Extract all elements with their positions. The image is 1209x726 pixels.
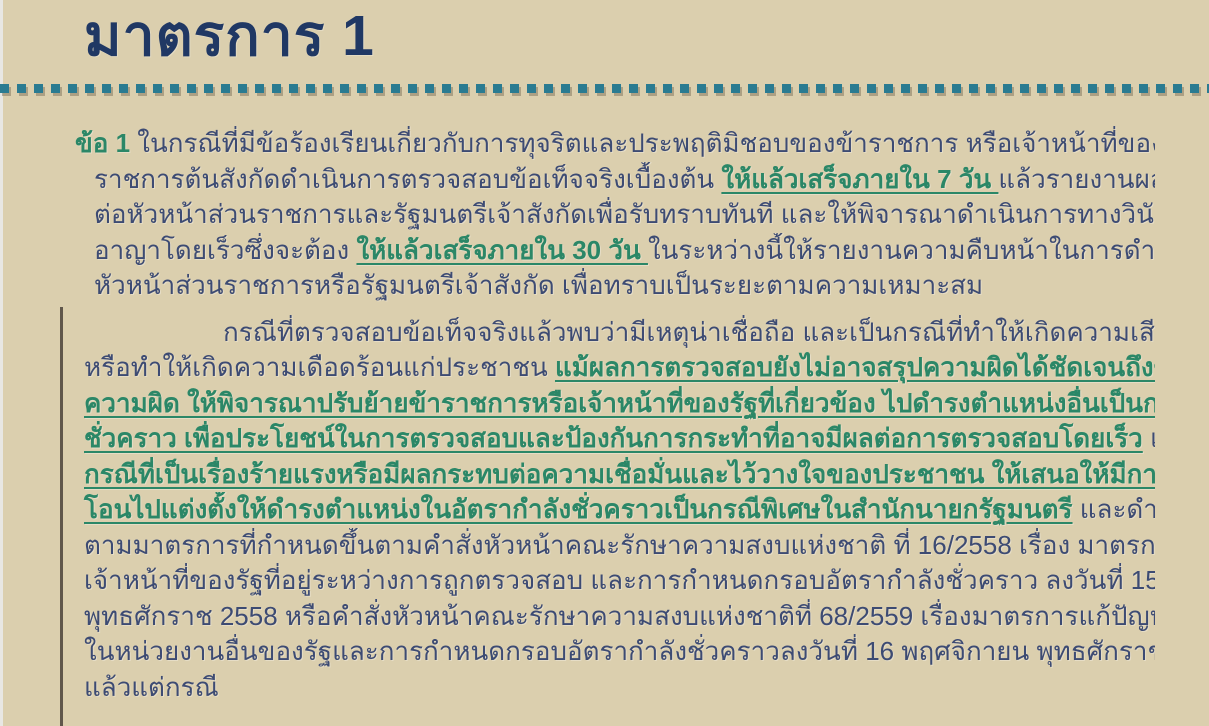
- body-text-segment: และดำเนินการ: [1073, 494, 1155, 524]
- body-text-segment: หรือทำให้เกิดความเดือดร้อนแก่ประชาชน: [84, 352, 555, 382]
- body-text-segment: แล้วแต่กรณี: [84, 672, 219, 702]
- text-line: ชั่วคราว เพื่อประโยชน์ในการตรวจสอบและป้อ…: [75, 421, 1155, 457]
- background-edge-line: [60, 307, 63, 726]
- text-line: ต่อหัวหน้าส่วนราชการและรัฐมนตรีเจ้าสังกั…: [75, 197, 1155, 233]
- body-text-segment: ในหน่วยงานอื่นของรัฐและการกำหนดกรอบอัตรา…: [84, 636, 1155, 666]
- text-line: ในหน่วยงานอื่นของรัฐและการกำหนดกรอบอัตรา…: [75, 634, 1155, 670]
- text-line: อาญาโดยเร็วซึ่งจะต้อง ให้แล้วเสร็จภายใน …: [75, 233, 1155, 269]
- body-text-segment: พุทธศักราช 2558 หรือคำสั่งหัวหน้าคณะรักษ…: [84, 601, 1155, 631]
- highlighted-text-segment: ให้แล้วเสร็จภายใน 30 วัน: [356, 235, 647, 265]
- text-line: เจ้าหน้าที่ของรัฐที่อยู่ระหว่างการถูกตรว…: [75, 563, 1155, 599]
- highlighted-text-segment: แม้ผลการตรวจสอบยังไม่อาจสรุปความผิดได้ชั…: [555, 352, 1155, 382]
- dotted-divider-squares: [0, 84, 1209, 93]
- body-text-segment: แล้วรายงานผลการพิจารณา: [998, 164, 1155, 194]
- text-line: ข้อ 1 ในกรณีที่มีข้อร้องเรียนเกี่ยวกับกา…: [75, 126, 1155, 162]
- text-line: หรือทำให้เกิดความเดือดร้อนแก่ประชาชน แม้…: [75, 350, 1155, 386]
- dotted-divider: [0, 84, 1209, 98]
- highlighted-text-segment: ความผิด ให้พิจารณาปรับย้ายข้าราชการหรือเ…: [84, 388, 1155, 418]
- body-text-segment: อาญาโดยเร็วซึ่งจะต้อง: [94, 235, 356, 265]
- body-text-segment: หัวหน้าส่วนราชการหรือรัฐมนตรีเจ้าสังกัด …: [94, 270, 983, 300]
- body-text: ข้อ 1 ในกรณีที่มีข้อร้องเรียนเกี่ยวกับกา…: [75, 126, 1155, 705]
- text-line: ตามมาตรการที่กำหนดขึ้นตามคำสั่งหัวหน้าคณ…: [75, 528, 1155, 564]
- highlighted-text-segment: ให้แล้วเสร็จภายใน 7 วัน: [721, 164, 998, 194]
- highlighted-text-segment: โอนไปแต่งตั้งให้ดำรงตำแหน่งในอัตรากำลังช…: [84, 494, 1073, 524]
- highlighted-text-segment: ข้อ 1: [75, 128, 137, 158]
- body-text-segment: ในกรณีที่มีข้อร้องเรียนเกี่ยวกับการทุจริ…: [137, 128, 1155, 158]
- text-line: โอนไปแต่งตั้งให้ดำรงตำแหน่งในอัตรากำลังช…: [75, 492, 1155, 528]
- text-line: ความผิด ให้พิจารณาปรับย้ายข้าราชการหรือเ…: [75, 386, 1155, 422]
- body-text-segment: ต่อหัวหน้าส่วนราชการและรัฐมนตรีเจ้าสังกั…: [94, 199, 1155, 229]
- body-text-segment: เจ้าหน้าที่ของรัฐที่อยู่ระหว่างการถูกตรว…: [84, 565, 1155, 595]
- highlighted-text-segment: กรณีที่เป็นเรื่องร้ายแรงหรือมีผลกระทบต่อ…: [84, 459, 1155, 489]
- page-title: มาตรการ 1: [84, 0, 375, 81]
- text-line: แล้วแต่กรณี: [75, 670, 1155, 706]
- text-line: กรณีที่เป็นเรื่องร้ายแรงหรือมีผลกระทบต่อ…: [75, 457, 1155, 493]
- text-line: ราชการต้นสังกัดดำเนินการตรวจสอบข้อเท็จจร…: [75, 162, 1155, 198]
- text-line: พุทธศักราช 2558 หรือคำสั่งหัวหน้าคณะรักษ…: [75, 599, 1155, 635]
- text-line: กรณีที่ตรวจสอบข้อเท็จจริงแล้วพบว่ามีเหตุ…: [75, 315, 1155, 351]
- window-left-edge: [0, 0, 3, 726]
- highlighted-text-segment: ชั่วคราว เพื่อประโยชน์ในการตรวจสอบและป้อ…: [84, 423, 1143, 453]
- text-line: หัวหน้าส่วนราชการหรือรัฐมนตรีเจ้าสังกัด …: [75, 268, 1155, 304]
- body-text-segment: กรณีที่ตรวจสอบข้อเท็จจริงแล้วพบว่ามีเหตุ…: [223, 317, 1155, 347]
- body-text-segment: ตามมาตรการที่กำหนดขึ้นตามคำสั่งหัวหน้าคณ…: [84, 530, 1155, 560]
- body-text-segment: ในระหว่างนี้ให้รายงานความคืบหน้าในการดำเ…: [648, 235, 1155, 265]
- body-text-segment: ราชการต้นสังกัดดำเนินการตรวจสอบข้อเท็จจร…: [94, 164, 721, 194]
- body-text-segment: และ: [1143, 423, 1155, 453]
